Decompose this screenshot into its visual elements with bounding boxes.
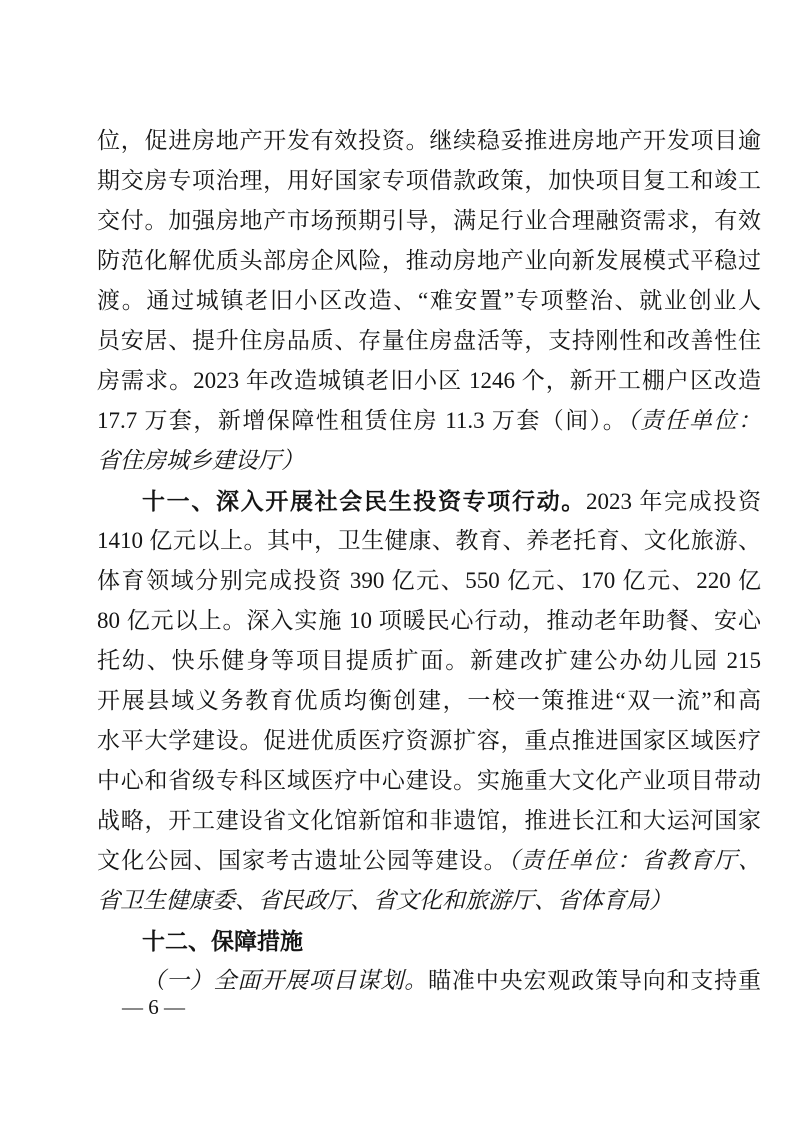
body-text: 期交房专项治理，用好国家专项借款政策，加快项目复工和竣工 [97, 168, 761, 193]
text-line: 体育领域分别完成投资 390 亿元、550 亿元、170 亿元、220 亿元、 [97, 561, 761, 601]
body-text: 80 亿元以上。深入实施 10 项暖民心行动，推动老年助餐、安心 [97, 608, 761, 633]
body-text: 文化公园、国家考古遗址公园等建设。 [97, 848, 508, 873]
text-line: 交付。加强房地产市场预期引导，满足行业合理融资需求，有效 [97, 201, 761, 241]
responsible-unit-text: （责任单位： [627, 408, 761, 433]
body-text: 开展县域义务教育优质均衡创建，一校一策推进“双一流”和高 [97, 688, 761, 713]
text-line: 文化公园、国家考古遗址公园等建设。（责任单位：省教育厅、 [97, 841, 761, 881]
text-line: 17.7 万套，新增保障性租赁住房 11.3 万套（间）。（责任单位： [97, 401, 761, 441]
text-line: 十一、深入开展社会民生投资专项行动。2023 年完成投资 [97, 481, 761, 521]
text-line: 80 亿元以上。深入实施 10 项暖民心行动，推动老年助餐、安心 [97, 601, 761, 641]
body-text: 17.7 万套，新增保障性租赁住房 11.3 万套（间）。 [97, 408, 627, 433]
text-line: 开展县域义务教育优质均衡创建，一校一策推进“双一流”和高 [97, 681, 761, 721]
body-text: 托幼、快乐健身等项目提质扩面。新建改扩建公办幼儿园 215 所， [97, 648, 761, 681]
responsible-unit-text: 省住房城乡建设厅） [97, 448, 304, 473]
text-line: 1410 亿元以上。其中，卫生健康、教育、养老托育、文化旅游、 [97, 521, 761, 561]
text-line: 十二、保障措施 [97, 921, 761, 961]
responsible-unit-text: （责任单位：省教育厅、 [508, 848, 761, 873]
text-line: 水平大学建设。促进优质医疗资源扩容，重点推进国家区域医疗 [97, 721, 761, 761]
page-number: — 6 — [122, 991, 185, 1023]
text-line: 战略，开工建设省文化馆新馆和非遗馆，推进长江和大运河国家 [97, 801, 761, 841]
text-line: 省住房城乡建设厅） [97, 441, 761, 481]
text-line: 省卫生健康委、省民政厅、省文化和旅游厅、省体育局） [97, 881, 761, 921]
text-line: 房需求。2023 年改造城镇老旧小区 1246 个，新开工棚户区改造 [97, 361, 761, 401]
text-line: 托幼、快乐健身等项目提质扩面。新建改扩建公办幼儿园 215 所， [97, 641, 761, 681]
body-text: 员安居、提升住房品质、存量住房盘活等，支持刚性和改善性住 [97, 328, 761, 353]
heading-text: 十一、深入开展社会民生投资专项行动。 [142, 488, 586, 514]
body-text: 位，促进房地产开发有效投资。继续稳妥推进房地产开发项目逾 [97, 128, 761, 153]
body-text: 中心和省级专科区域医疗中心建设。实施重大文化产业项目带动 [97, 768, 761, 793]
document-page: 位，促进房地产开发有效投资。继续稳妥推进房地产开发项目逾期交房专项治理，用好国家… [0, 0, 793, 1122]
body-text: 房需求。2023 年改造城镇老旧小区 1246 个，新开工棚户区改造 [97, 368, 761, 393]
text-line: 防范化解优质头部房企风险，推动房地产业向新发展模式平稳过 [97, 241, 761, 281]
heading-text: 十二、保障措施 [142, 928, 303, 954]
text-line: （一）全面开展项目谋划。瞄准中央宏观政策导向和支持重 [97, 961, 761, 1001]
body-text: 瞄准中央宏观政策导向和支持重 [428, 968, 761, 993]
responsible-unit-text: 省卫生健康委、省民政厅、省文化和旅游厅、省体育局） [97, 888, 672, 913]
body-text: 体育领域分别完成投资 390 亿元、550 亿元、170 亿元、220 亿元、 [97, 568, 761, 601]
text-line: 渡。通过城镇老旧小区改造、“难安置”专项整治、就业创业人 [97, 281, 761, 321]
body-text: 防范化解优质头部房企风险，推动房地产业向新发展模式平稳过 [97, 248, 761, 273]
body-text: 2023 年完成投资 [586, 489, 761, 514]
responsible-unit-text: （一）全面开展项目谋划。 [142, 968, 428, 993]
body-text: 战略，开工建设省文化馆新馆和非遗馆，推进长江和大运河国家 [97, 808, 761, 833]
body-text: 1410 亿元以上。其中，卫生健康、教育、养老托育、文化旅游、 [97, 528, 761, 553]
text-line: 员安居、提升住房品质、存量住房盘活等，支持刚性和改善性住 [97, 321, 761, 361]
text-line: 期交房专项治理，用好国家专项借款政策，加快项目复工和竣工 [97, 161, 761, 201]
text-line: 中心和省级专科区域医疗中心建设。实施重大文化产业项目带动 [97, 761, 761, 801]
text-block: 位，促进房地产开发有效投资。继续稳妥推进房地产开发项目逾期交房专项治理，用好国家… [97, 121, 761, 1001]
text-line: 位，促进房地产开发有效投资。继续稳妥推进房地产开发项目逾 [97, 121, 761, 161]
body-text: 水平大学建设。促进优质医疗资源扩容，重点推进国家区域医疗 [97, 728, 761, 753]
body-text: 渡。通过城镇老旧小区改造、“难安置”专项整治、就业创业人 [97, 288, 761, 313]
body-text: 交付。加强房地产市场预期引导，满足行业合理融资需求，有效 [97, 208, 761, 233]
